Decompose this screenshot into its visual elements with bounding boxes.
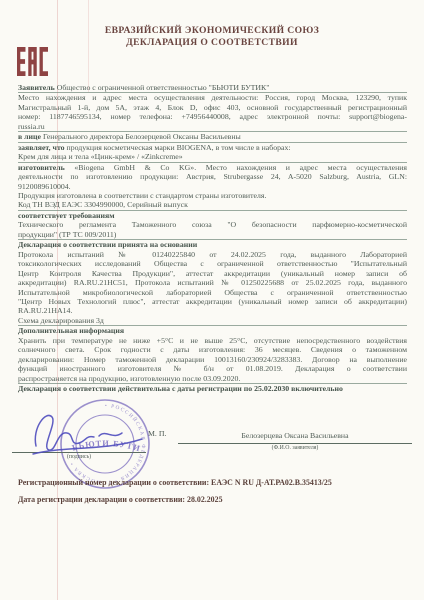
signature-flourish [33,439,142,454]
declaration-body: Заявитель Общество с ограниченной ответс… [18,83,407,394]
declares-label: заявляет, что [18,143,65,152]
tnved-line: Код ТН ВЭД ЕАЭС 3304990000, Серийный вып… [18,200,407,210]
representative-label: в лице [18,132,41,141]
eac-letter-e [17,47,25,76]
manufacturer-text: «Biogena GmbH & Co KG». Место нахождения… [74,163,407,172]
protocol-line: Протокола испытаний № 01240225840 от 24.… [18,250,407,259]
eac-letter-c [40,47,48,76]
address-line: Магистральный 1-й, дом 5А, этаж 4, Блок … [18,103,407,112]
compliance-heading: соответствует требованиям [18,211,407,220]
protocol-line: RA.RU.21HA14. [18,306,407,315]
applicant-name: Общество с ограниченной ответственностью… [57,83,270,92]
signer-name-underline [178,443,412,444]
standard-note: Продукция изготовлена в соответствии с с… [18,191,407,200]
additional-line: декларировании: Номер таможенной деклара… [18,355,407,364]
registration-number-line: Регистрационный номер декларации о соотв… [18,474,418,491]
additional-line: Хранить при температуре не ниже +5°С и н… [18,336,407,345]
declared-product: заявляет, что продукция косметическая ма… [18,143,407,163]
compliance-line: продукции" (ТР ТС 009/2011) [18,230,407,239]
registration-date-line: Дата регистрации декларации о соответств… [18,491,418,508]
additional-text: Хранить при температуре не ниже +5°С и н… [18,336,407,384]
representative-name: Генерального директора Белозерцевой Окса… [43,132,241,141]
protocol-line: "Центр Новых Технологий плюс", аттестат … [18,297,407,306]
protocol-line: аккредитации) RA.RU.21HC51, Протокола ис… [18,278,407,287]
manufacturer-paragraph: изготовитель «Biogena GmbH & Co KG». Мес… [18,163,407,191]
additional-line: функций иностранного изготовителя № б/н … [18,364,407,373]
protocol-line: Центр Контроля Качества Продукции", атте… [18,269,407,278]
representative-line: в лице Генерального директора Белозерцев… [18,132,407,142]
registration-block: Регистрационный номер декларации о соотв… [18,474,418,508]
applicant-label: Заявитель [18,83,55,92]
basis-heading: Декларация о соответствии принята на осн… [18,240,407,249]
basis-protocols: Протокола испытаний № 01240225840 от 24.… [18,250,407,316]
applicant-address: Место нахождения и адрес места осуществл… [18,93,407,132]
declaration-document: ЕВРАЗИЙСКИЙ ЭКОНОМИЧЕСКИЙ СОЮЗ ДЕКЛАРАЦИ… [0,0,424,600]
address-line: номер: 1187746595134, номер телефона: +7… [18,112,407,121]
signer-name: Белозерцева Оксана Васильевна [178,431,412,440]
compliance-line: Технического регламента Таможенного союз… [18,220,407,229]
signature-loop [99,433,122,436]
validity-line: Декларация о соответствии действительна … [18,384,407,393]
additional-heading: Дополнительная информация [18,326,407,335]
protocol-line: Испытательной микробиологической лаборат… [18,288,407,297]
document-title: ДЕКЛАРАЦИЯ О СООТВЕТСТВИИ [0,37,424,49]
protocol-line: токсикологических исследований Общества … [18,259,407,268]
manufacturer-gln: 9120089610004. [18,182,407,191]
address-line: Место нахождения и адрес места осуществл… [18,93,407,102]
handwritten-signature [26,406,158,464]
declares-line: заявляет, что продукция косметическая ма… [18,143,407,152]
declares-text: продукция косметическая марки BIOGENA, в… [67,143,291,152]
signature-stroke [35,415,94,450]
manufacturer-line: деятельности по изготовлению продукции: … [18,172,407,181]
compliance-text: Технического регламента Таможенного союз… [18,220,407,240]
additional-line: солнечного света. Срок годности с даты и… [18,345,407,354]
applicant-line: Заявитель Общество с ограниченной ответс… [18,83,407,93]
eac-mark-icon [17,46,48,77]
additional-line: распространяется на продукцию, изготовле… [18,374,407,383]
signer-name-caption: (Ф.И.О. заявителя) [178,445,412,451]
document-header: ЕВРАЗИЙСКИЙ ЭКОНОМИЧЕСКИЙ СОЮЗ ДЕКЛАРАЦИ… [0,25,424,48]
product-name: Крем для лица и тела «Цинк-крем» / «Zink… [18,152,407,161]
manufacturer-label: изготовитель [18,163,65,172]
address-line: russia.ru [18,122,407,131]
manufacturer-line: изготовитель «Biogena GmbH & Co KG». Мес… [18,163,407,172]
union-title: ЕВРАЗИЙСКИЙ ЭКОНОМИЧЕСКИЙ СОЮЗ [0,25,424,37]
declaration-scheme: Схема декларирования 3д [18,316,407,326]
eac-letter-a [28,47,36,76]
